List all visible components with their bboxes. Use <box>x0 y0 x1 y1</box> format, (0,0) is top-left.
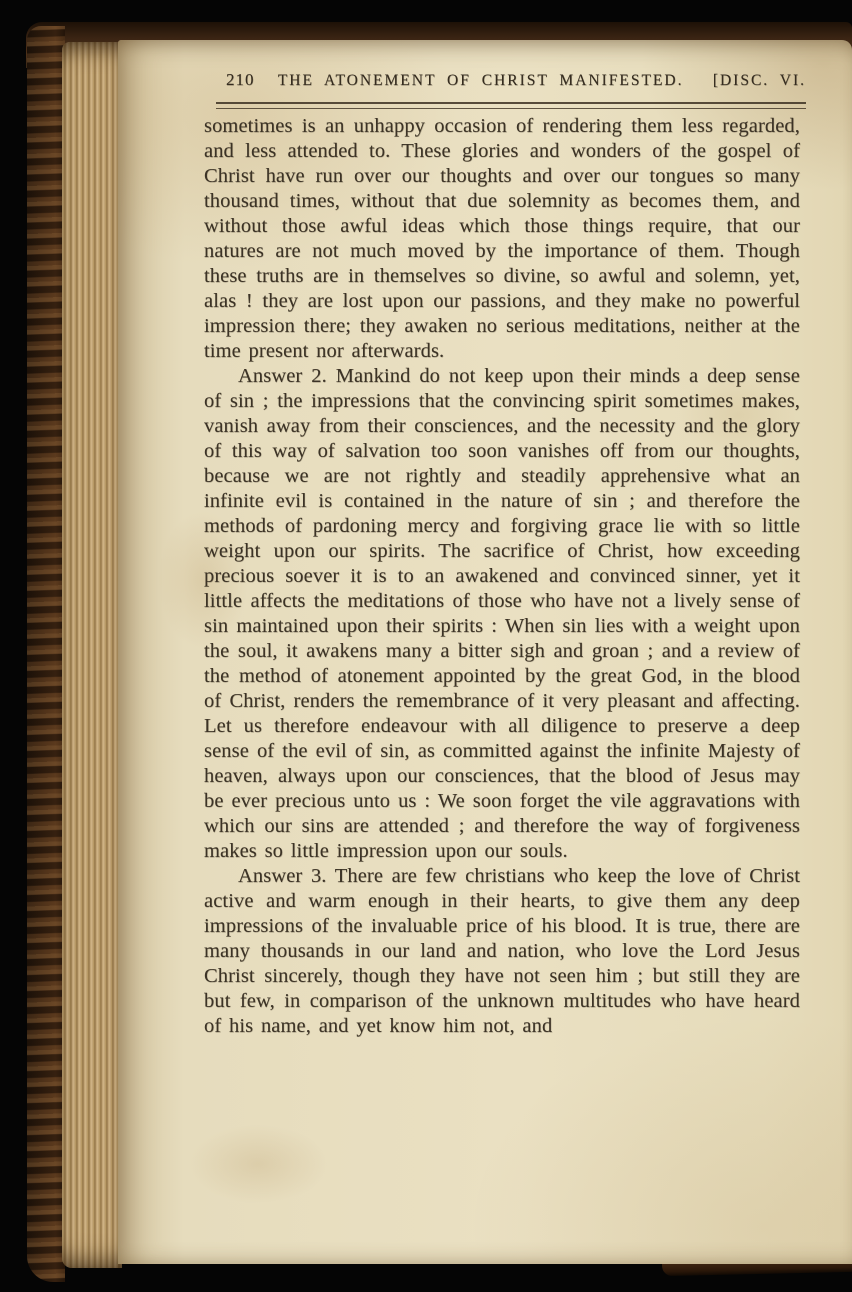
book-page: 210 THE ATONEMENT OF CHRIST MANIFESTED. … <box>118 40 852 1264</box>
book-page-edges <box>62 42 122 1268</box>
paragraph-answer-3: Answer 3. There are few christians who k… <box>204 864 800 1039</box>
page-number: 210 <box>226 70 255 90</box>
book-leather-spine <box>27 26 65 1282</box>
page-header: 210 THE ATONEMENT OF CHRIST MANIFESTED. … <box>206 70 806 90</box>
header-rule <box>216 102 806 109</box>
paragraph-continuation: sometimes is an unhappy occasion of rend… <box>204 114 800 364</box>
page-body-text: sometimes is an unhappy occasion of rend… <box>204 114 800 1039</box>
paragraph-answer-2: Answer 2. Mankind do not keep upon their… <box>204 364 800 864</box>
scanned-book-photo: 210 THE ATONEMENT OF CHRIST MANIFESTED. … <box>0 0 852 1292</box>
paper-stain <box>188 1124 328 1204</box>
running-title: THE ATONEMENT OF CHRIST MANIFESTED. <box>255 72 707 90</box>
section-label: [DISC. VI. <box>713 72 806 90</box>
